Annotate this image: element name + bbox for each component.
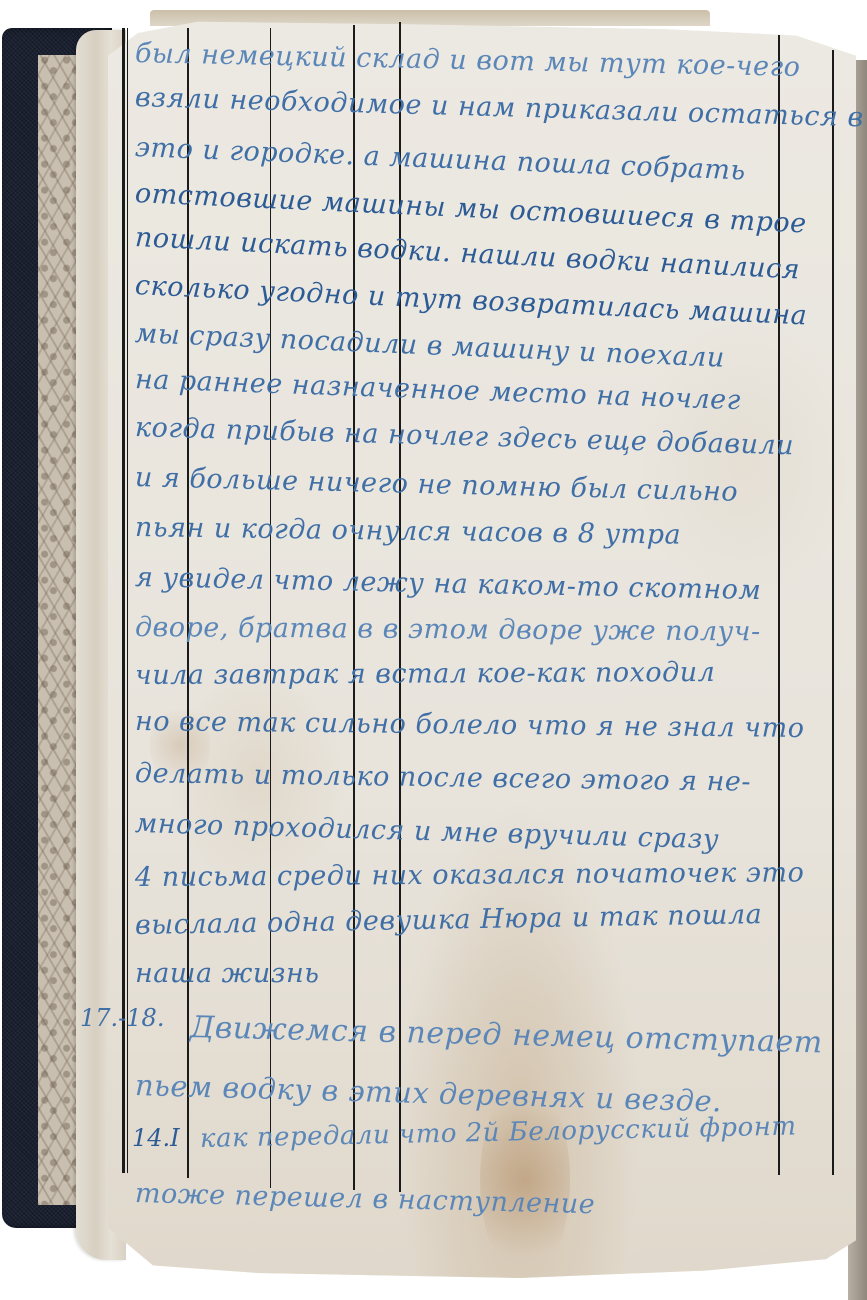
text-line: чила завтрак я встал кое-как походил [135,657,715,691]
text-line: наша жизнь [135,958,319,989]
ruling-line [832,50,834,1175]
text-line: дворе, братва в в этом дворе уже получ- [135,612,761,647]
text-line: 4 письма среди них оказался початочек эт… [135,857,805,893]
margin-date: 17.-18. [80,1004,164,1032]
margin-date: 14.I [132,1124,180,1152]
ruling-line [778,35,780,1175]
diary-photo: был немецкий склад и вот мы тут кое-чего… [0,0,867,1300]
ruling-line [122,28,125,1173]
ruling-line [127,28,128,1173]
